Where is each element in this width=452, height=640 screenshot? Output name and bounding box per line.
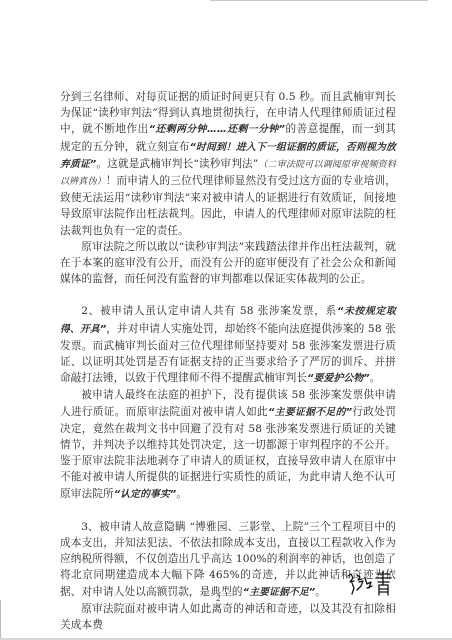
page-number: 2: [216, 595, 220, 603]
text-run: 。: [315, 586, 326, 598]
text-run: 行政处罚决定，竟然在裁判文书中回避了没有对 58 张涉案发票进行质证的关键情节，…: [60, 406, 396, 500]
emphasized-quote: “认定的事实”: [114, 489, 177, 500]
handwritten-signature: [345, 568, 403, 602]
paragraph-p1: 分到三名律师、对每页证据的质证时间更只有 0.5 秒。而且武楠审判长为保证“读秒…: [60, 89, 396, 239]
emphasized-quote: “要爱护公物”: [307, 373, 370, 384]
emphasized-quote: “主要证据不足的”: [268, 407, 352, 418]
paragraph-gap: [60, 503, 396, 519]
paragraph-p6: 原审法院面对被申请人如此离奇的神话和奇迹，以及其没有扣除相关成本费: [60, 601, 396, 633]
scan-left-edge: [0, 600, 1, 640]
text-run: 原审法院面对被申请人如此离奇的神话和奇迹，以及其没有扣除相关成本费: [60, 603, 396, 631]
emphasized-quote: “还剩两分钟……还剩一分钟”: [149, 124, 285, 135]
signature-scribble-icon: [345, 568, 403, 602]
text-run: ！而申请人的三位代理律师显然没有受过这方面的专业培训，致使无法运用“读秒审判法”…: [60, 175, 396, 237]
text-run: 。: [176, 488, 187, 500]
paragraph-p2: 原审法院之所以敢以“读秒审判法”来践踏法律并作出枉法裁判，就在于本案的庭审没有公…: [60, 239, 396, 288]
document-page: 分到三名律师、对每页证据的质证时间更只有 0.5 秒。而且武楠审判长为保证“读秒…: [0, 0, 452, 640]
text-run: 。: [370, 372, 381, 384]
emphasized-quote: “主要证据不足”: [243, 587, 316, 598]
text-run: 。这就是武楠审判长“读秒审判法”: [96, 158, 258, 170]
paragraph-p4: 被申请人最终在法庭的袒护下，没有提供该 58 张涉案发票供申请人进行质证。而原审…: [60, 387, 396, 502]
paragraph-gap: [60, 287, 396, 303]
document-body: 分到三名律师、对每页证据的质证时间更只有 0.5 秒。而且武楠审判长为保证“读秒…: [60, 89, 396, 633]
scan-top-edge: [210, 0, 428, 1]
text-run: 原审法院之所以敢以“读秒审判法”来践踏法律并作出枉法裁判，就在于本案的庭审没有公…: [60, 241, 396, 285]
text-run: 2、被申请人虽认定申请人共有 58 张涉案发票，系: [81, 305, 337, 317]
paragraph-p3: 2、被申请人虽认定申请人共有 58 张涉案发票，系“未按规定取得、开具”，并对申…: [60, 303, 396, 387]
